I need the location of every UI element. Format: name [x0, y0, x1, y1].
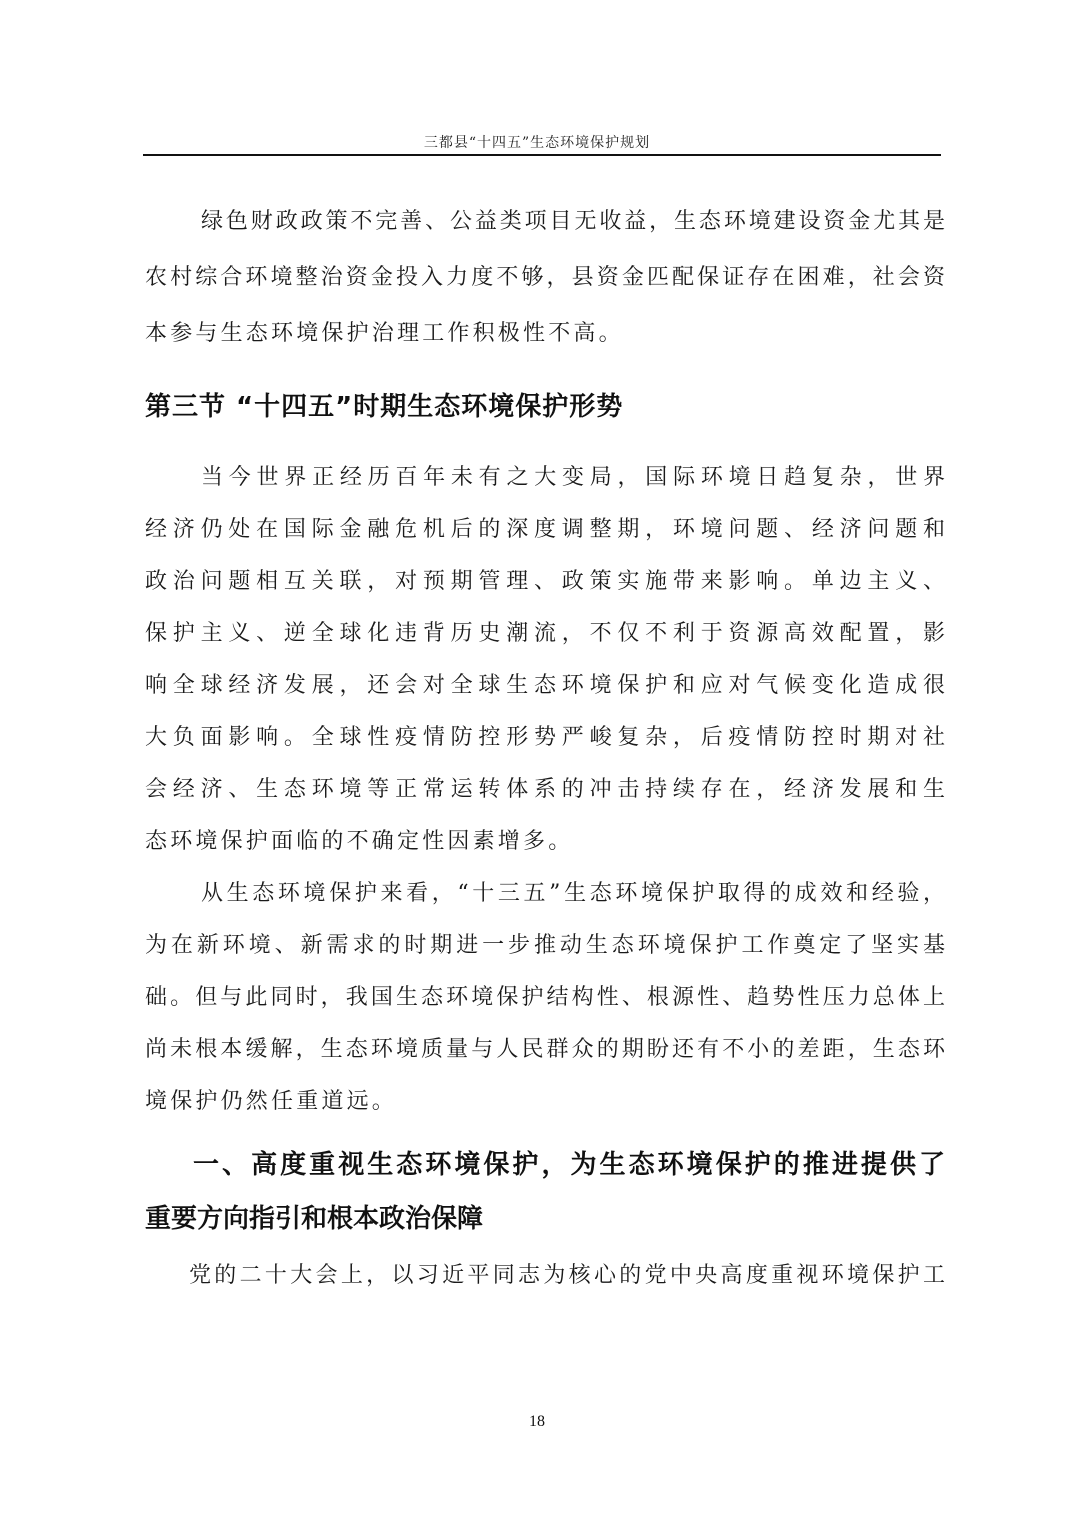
- text-line: 农村综合环境整治资金投入力度不够，县资金匹配保证存在困难，社会资: [145, 260, 945, 291]
- header-divider: [143, 154, 941, 156]
- text-line: 态环境保护面临的不确定性因素增多。: [145, 824, 945, 855]
- text-line: 境保护仍然任重道远。: [145, 1084, 945, 1115]
- text-line: 本参与生态环境保护治理工作积极性不高。: [145, 316, 945, 347]
- section-heading: 第三节 “十四五”时期生态环境保护形势: [145, 386, 623, 423]
- text-line: 从生态环境保护来看，“十三五”生态环境保护取得的成效和经验，: [145, 876, 945, 907]
- document-title: 三都县“十四五”生态环境保护规划: [0, 132, 1074, 152]
- text-line: 当今世界正经历百年未有之大变局，国际环境日趋复杂，世界: [145, 460, 945, 491]
- text-line: 会经济、生态环境等正常运转体系的冲击持续存在，经济发展和生: [145, 772, 945, 803]
- text-line: 础。但与此同时，我国生态环境保护结构性、根源性、趋势性压力总体上: [145, 980, 945, 1011]
- text-line: 经济仍处在国际金融危机后的深度调整期，环境问题、经济问题和: [145, 512, 945, 543]
- subheading-line: 重要方向指引和根本政治保障: [145, 1198, 945, 1235]
- text-line: 保护主义、逆全球化违背历史潮流，不仅不利于资源高效配置，影: [145, 616, 945, 647]
- subheading-line: 一、高度重视生态环境保护，为生态环境保护的推进提供了: [145, 1144, 945, 1181]
- text-line: 为在新环境、新需求的时期进一步推动生态环境保护工作奠定了坚实基: [145, 928, 945, 959]
- text-line: 党的二十大会上，以习近平同志为核心的党中央高度重视环境保护工: [145, 1258, 945, 1289]
- text-line: 响全球经济发展，还会对全球生态环境保护和应对气候变化造成很: [145, 668, 945, 699]
- text-line: 绿色财政政策不完善、公益类项目无收益，生态环境建设资金尤其是: [145, 204, 945, 235]
- text-line: 政治问题相互关联，对预期管理、政策实施带来影响。单边主义、: [145, 564, 945, 595]
- text-line: 尚未根本缓解，生态环境质量与人民群众的期盼还有不小的差距，生态环: [145, 1032, 945, 1063]
- page-number: 18: [0, 1413, 1074, 1431]
- text-line: 大负面影响。全球性疫情防控形势严峻复杂，后疫情防控时期对社: [145, 720, 945, 751]
